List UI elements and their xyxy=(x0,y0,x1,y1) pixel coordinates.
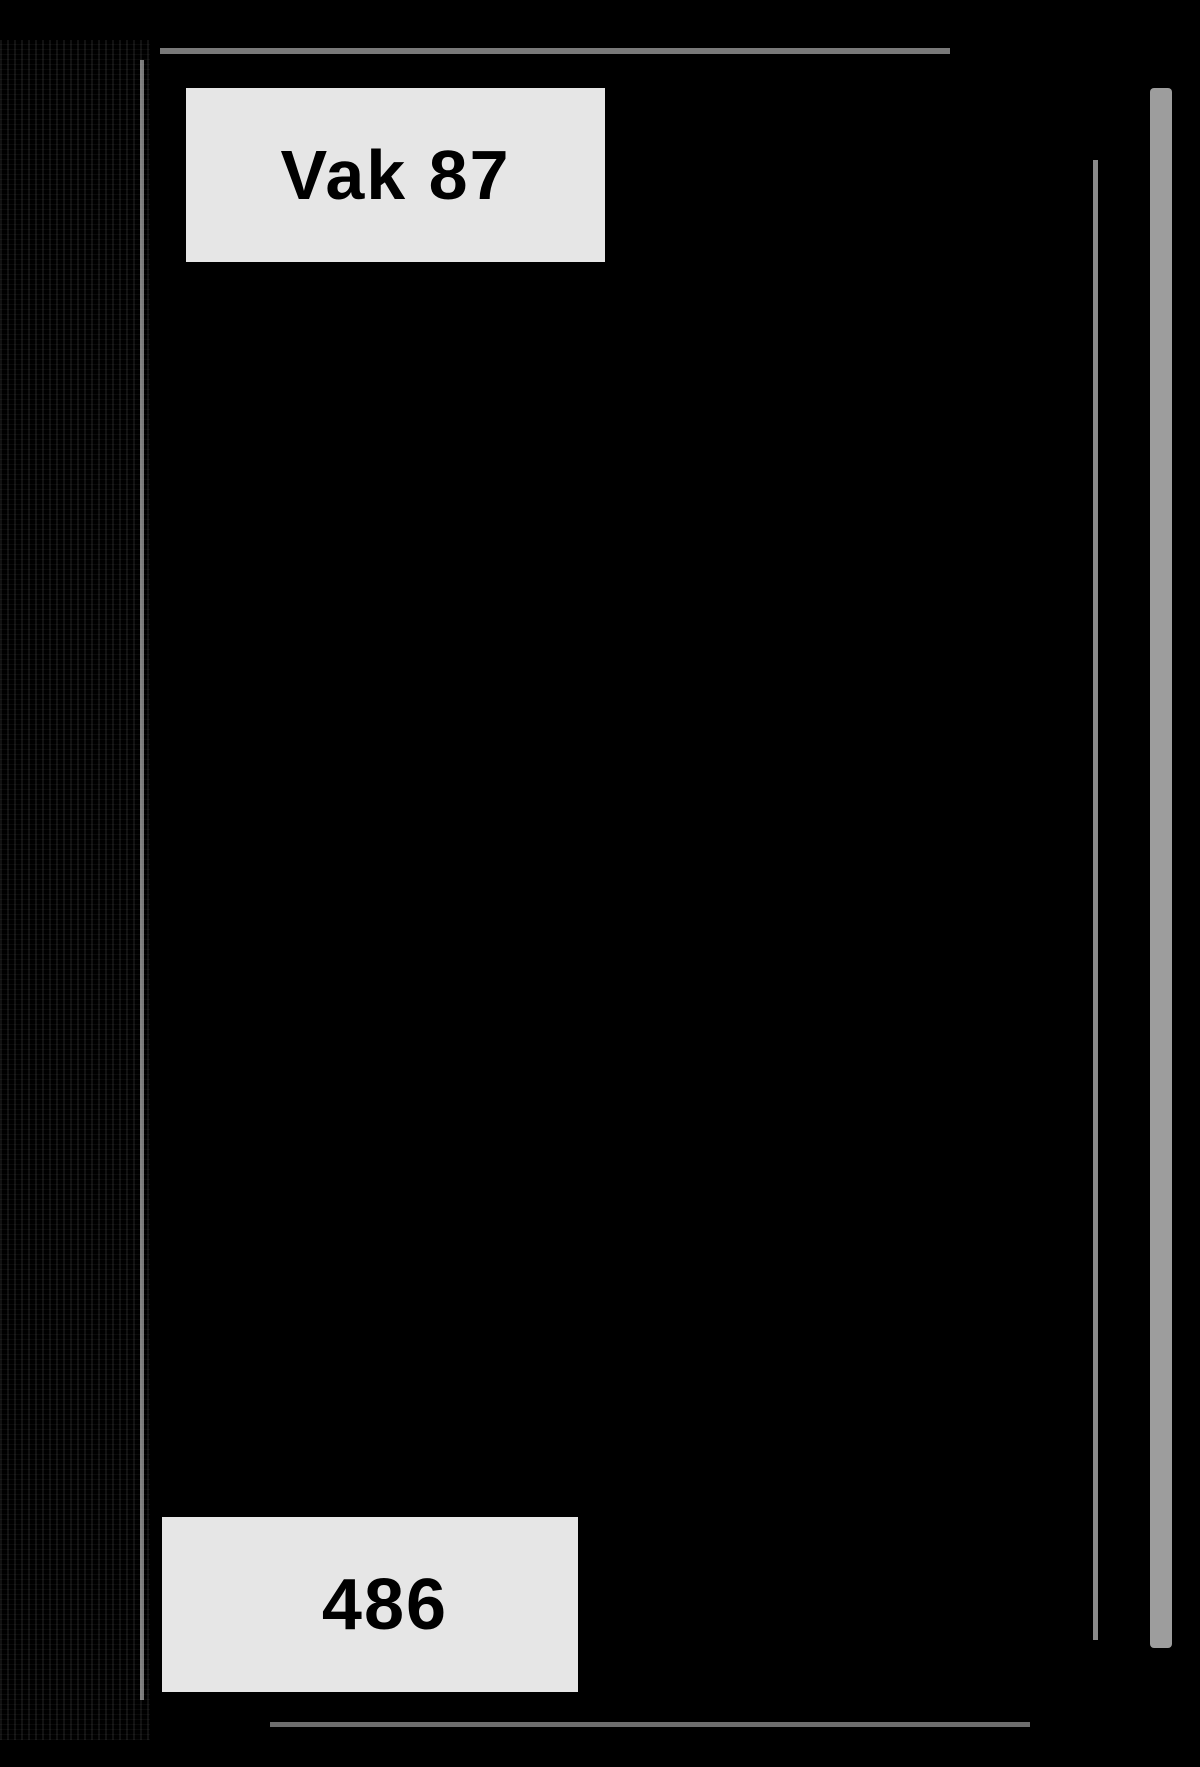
volume-number-label: 486 xyxy=(162,1517,578,1692)
shelf-label-text: Vak 87 xyxy=(281,135,511,215)
volume-number-text: 486 xyxy=(322,1564,448,1646)
cover-bottom-edge xyxy=(270,1722,1030,1727)
cover-right-edge xyxy=(1093,160,1098,1640)
cover-top-edge xyxy=(160,48,950,54)
book-cover: Vak 87 486 xyxy=(0,0,1200,1767)
cloth-spine xyxy=(0,40,150,1740)
shelf-label: Vak 87 xyxy=(186,88,605,262)
spine-edge xyxy=(140,60,144,1700)
page-edges xyxy=(1150,88,1172,1648)
